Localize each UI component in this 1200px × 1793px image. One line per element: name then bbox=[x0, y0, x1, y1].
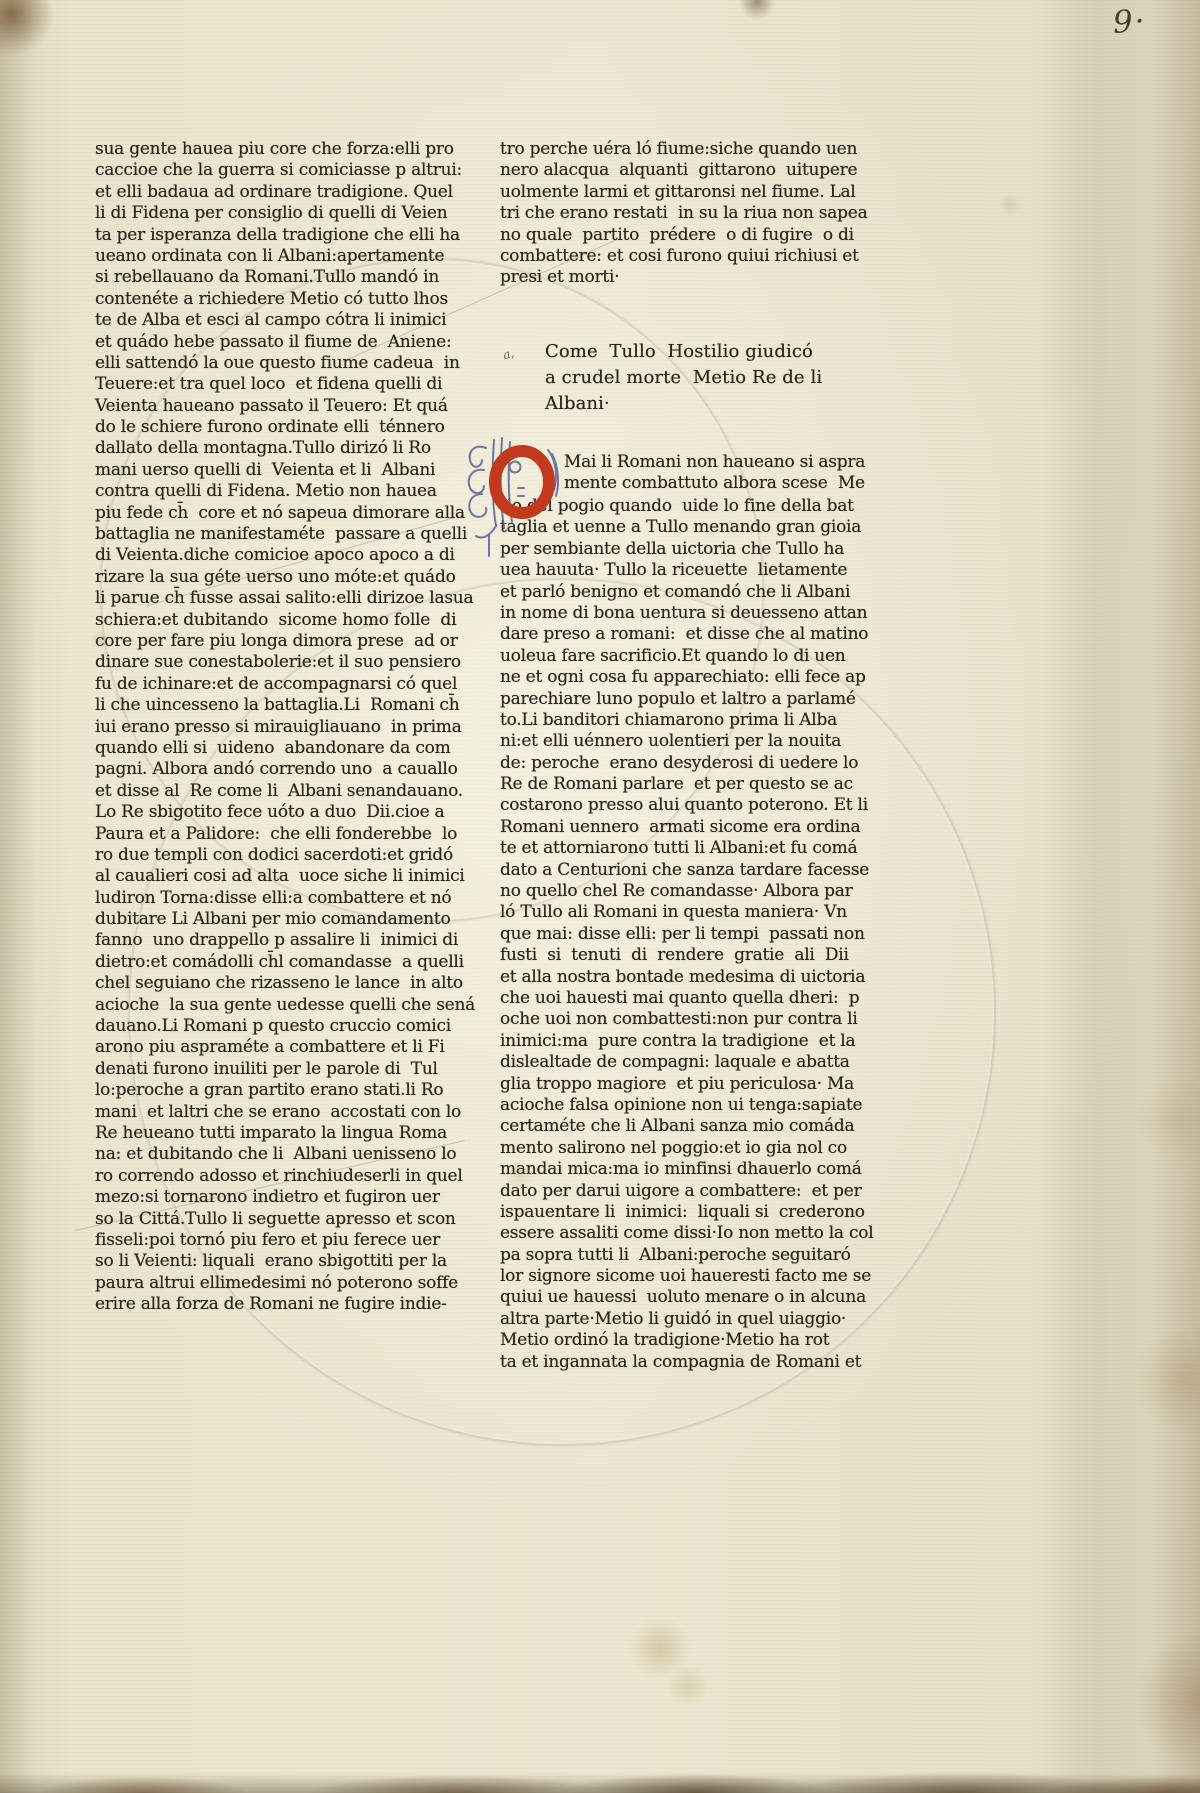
text-line: dato per darui uigore a combattere: et p… bbox=[500, 1181, 864, 1202]
text-line: Romani uennero armati sicome era ordina bbox=[500, 817, 864, 838]
text-line: que mai: disse elli: per li tempi passat… bbox=[500, 924, 864, 945]
text-line: iui erano presso si mirauigliauano in pr… bbox=[95, 717, 443, 738]
text-line: schiera:et dubitando sicome homo folle d… bbox=[95, 610, 443, 631]
text-line: contenéte a richiedere Metio có tutto lh… bbox=[95, 289, 443, 310]
text-line: combattere: et cosi furono quiui richius… bbox=[500, 246, 862, 267]
text-line: fusti si tenuti di rendere gratie ali Di… bbox=[500, 945, 864, 966]
text-line: uolmente larmi et gittaronsi nel fiume. … bbox=[500, 182, 862, 203]
text-line: de: peroche erano desyderosi di uedere l… bbox=[500, 753, 864, 774]
text-line: ta et ingannata la compagnia de Romani e… bbox=[500, 1352, 864, 1373]
text-line: fisseli:poi tornó piu fero et piu ferece… bbox=[95, 1230, 443, 1251]
rubricated-initial-O bbox=[500, 452, 564, 496]
text-line: mani et laltri che se erano accostati co… bbox=[95, 1102, 443, 1123]
text-line: acioche la sua gente uedesse quelli che … bbox=[95, 995, 443, 1016]
text-line: a crudel morte Metio Re de li bbox=[545, 365, 875, 391]
text-line: no quello chel Re comandasse· Albora par bbox=[500, 881, 864, 902]
text-line: core per fare piu longa dimora prese ad … bbox=[95, 631, 443, 652]
right-column-paragraph-2: Mai li Romani non haueano si aspramente … bbox=[500, 452, 864, 1373]
text-line: mandai mica:ma io minfinsi dhauerlo comá bbox=[500, 1159, 864, 1180]
text-line: na: et dubitando che li Albani uenisseno… bbox=[95, 1144, 443, 1165]
text-line: di Veienta.diche comicioe apoco apoco a … bbox=[95, 545, 443, 566]
text-line: quando elli si uideno abandonare da com bbox=[95, 738, 443, 759]
text-line: dinare sue conestabolerie:et il suo pens… bbox=[95, 652, 443, 673]
text-line: certaméte che li Albani sanza mio comáda bbox=[500, 1116, 864, 1137]
text-line: presi et morti· bbox=[500, 267, 862, 288]
text-line: Metio ordinó la tradigione·Metio ha rot bbox=[500, 1330, 864, 1351]
text-line: te de Alba et esci al campo cótra li ini… bbox=[95, 310, 443, 331]
text-line: Re de Romani parlare et per questo se ac bbox=[500, 774, 864, 795]
text-line: dallato della montagna.Tullo dirizó li R… bbox=[95, 438, 443, 459]
text-line: fanno uno drappello p assalire li inimic… bbox=[95, 930, 443, 951]
text-line: to.Li banditori chiamarono prima li Alba bbox=[500, 710, 864, 731]
text-line: ta per isperanza della tradigione che el… bbox=[95, 225, 443, 246]
folio-number: 9· bbox=[1112, 3, 1147, 41]
text-line: lo:peroche a gran partito erano stati.li… bbox=[95, 1080, 443, 1101]
text-line: et quádo hebe passato il fiume de Aniene… bbox=[95, 332, 443, 353]
text-line: paura altrui ellimedesimi nó poterono so… bbox=[95, 1273, 443, 1294]
text-line: in nome di bona uentura si deuesseno att… bbox=[500, 603, 864, 624]
scanned-book-page: { "page": { "folio_number": "9·", "ink_c… bbox=[0, 0, 1200, 1793]
text-line: et parló benigno et comandó che li Alban… bbox=[500, 582, 864, 603]
text-line: et elli badaua ad ordinare tradigione. Q… bbox=[95, 182, 443, 203]
text-line: arono piu aspraméte a combattere et li F… bbox=[95, 1037, 443, 1058]
text-line: oche uoi non combattesti:non pur contra … bbox=[500, 1009, 864, 1030]
text-line: elli sattendó la oue questo fiume cadeua… bbox=[95, 353, 443, 374]
text-line: uoleua fare sacrificio.Et quando lo di u… bbox=[500, 646, 864, 667]
text-line: costarono presso alui quanto poterono. E… bbox=[500, 795, 864, 816]
text-line: essere assaliti come dissi·Io non metto … bbox=[500, 1223, 864, 1244]
text-line: inimici:ma pure contra la tradigione et … bbox=[500, 1031, 864, 1052]
text-line: do le schiere furono ordinate elli ténne… bbox=[95, 417, 443, 438]
text-line: tri che erano restati in su la riua non … bbox=[500, 203, 862, 224]
text-line: li di Fidena per consiglio di quelli di … bbox=[95, 203, 443, 224]
text-line: no quale partito prédere o di fugire o d… bbox=[500, 225, 862, 246]
page-curvature-shadow bbox=[1040, 0, 1200, 1793]
text-line: mezo:si tornarono indietro et fugiron ue… bbox=[95, 1187, 443, 1208]
text-line: uea hauuta· Tullo la riceuette lietament… bbox=[500, 560, 864, 581]
text-line: et disse al Re come li Albani senandauan… bbox=[95, 781, 443, 802]
text-line: ispauentare li inimici: liquali si crede… bbox=[500, 1202, 864, 1223]
text-line: sua gente hauea piu core che forza:elli … bbox=[95, 139, 443, 160]
text-line: dislealtade de compagni: laquale e abatt… bbox=[500, 1052, 864, 1073]
text-line: li parue ch̄ fusse assai salito:elli dir… bbox=[95, 588, 443, 609]
heading-lines: Come Tullo Hostilio giudicóa crudel mort… bbox=[545, 339, 875, 417]
text-line: Albani· bbox=[545, 391, 875, 417]
text-line: ludiron Torna:disse elli:a combattere et… bbox=[95, 888, 443, 909]
text-line: caccioe che la guerra si comiciasse p al… bbox=[95, 160, 443, 181]
text-line: contra quelli di Fidena. Metio non hauea bbox=[95, 481, 443, 502]
text-line: pagni. Albora andó correndo uno a cauall… bbox=[95, 759, 443, 780]
text-line: pa sopra tutti li Albani:peroche seguita… bbox=[500, 1245, 864, 1266]
text-line: acioche falsa opinione non ui tenga:sapi… bbox=[500, 1095, 864, 1116]
text-line: mento salirono nel poggio:et io gia nol … bbox=[500, 1138, 864, 1159]
text-line: altra parte·Metio li guidó in quel uiagg… bbox=[500, 1309, 864, 1330]
text-line: Come Tullo Hostilio giudicó bbox=[545, 339, 875, 365]
text-line: piu fede ch̄ core et nó sapeua dimorare … bbox=[95, 503, 443, 524]
text-line: dubitare Li Albani per mio comandamento bbox=[95, 909, 443, 930]
chapter-heading: a, Come Tullo Hostilio giudicóa crudel m… bbox=[545, 339, 875, 417]
text-line: dauano.Li Romani p questo cruccio comici bbox=[95, 1016, 443, 1037]
text-line: rizare la sua géte uerso uno móte:et quá… bbox=[95, 567, 443, 588]
page-bottom-edge bbox=[0, 1759, 1200, 1793]
text-line: nero alacqua alquanti gittarono uitupere bbox=[500, 160, 862, 181]
parchment-page: 9· sua gente hauea piu core che forza:el… bbox=[0, 0, 1200, 1793]
text-line: denati furono inuiliti per le parole di … bbox=[95, 1059, 443, 1080]
text-line: ro correndo adosso et rinchiudeserli in … bbox=[95, 1166, 443, 1187]
text-line: lor signore sicome uoi haueresti facto m… bbox=[500, 1266, 864, 1287]
text-line: te et attorniarono tutti li Albani:et fu… bbox=[500, 838, 864, 859]
initial-O-artwork bbox=[456, 430, 574, 560]
text-line: Re heueano tutti imparato la lingua Roma bbox=[95, 1123, 443, 1144]
text-line: Teuere:et tra quel loco et fidena quelli… bbox=[95, 374, 443, 395]
text-line: si rebellauano da Romani.Tullo mandó in bbox=[95, 267, 443, 288]
text-line: Paura et a Palidore: che elli fonderebbe… bbox=[95, 824, 443, 845]
text-line: che uoi hauesti mai quanto quella dheri:… bbox=[500, 988, 864, 1009]
text-line: mani uerso quelli di Veienta et li Alban… bbox=[95, 460, 443, 481]
text-line: ló Tullo ali Romani in questa maniera· V… bbox=[500, 902, 864, 923]
right-column-paragraph-1: tro perche uéra ló fiume:siche quando ue… bbox=[500, 139, 862, 289]
text-line: dietro:et comádolli ch̄l comandasse a qu… bbox=[95, 952, 443, 973]
text-line: ro due templi con dodici sacerdoti:et gr… bbox=[95, 845, 443, 866]
text-line: parechiare luno populo et laltro a parla… bbox=[500, 689, 864, 710]
text-line: tro perche uéra ló fiume:siche quando ue… bbox=[500, 139, 862, 160]
rubricator-guide-mark: a, bbox=[501, 346, 515, 362]
text-line: li che uincesseno la battaglia.Li Romani… bbox=[95, 695, 443, 716]
text-line: ne et ogni cosa fu apparechiato: elli fe… bbox=[500, 667, 864, 688]
text-line: battaglia ne manifestaméte passare a que… bbox=[95, 524, 443, 545]
text-line: erire alla forza de Romani ne fugire ind… bbox=[95, 1294, 443, 1315]
left-text-column: sua gente hauea piu core che forza:elli … bbox=[95, 139, 443, 1315]
text-line: et alla nostra bontade medesima di uicto… bbox=[500, 967, 864, 988]
text-line: quiui ue hauessi uoluto menare o in alcu… bbox=[500, 1287, 864, 1308]
text-line: glia troppo magiore et piu periculosa· M… bbox=[500, 1074, 864, 1095]
paragraph-body-lines: tio del pogio quando uide lo fine della … bbox=[500, 496, 864, 1373]
text-line: ni:et elli uénnero uolentieri per la nou… bbox=[500, 731, 864, 752]
text-line: fu de ichinare:et de accompagnarsi có qu… bbox=[95, 674, 443, 695]
text-line: al caualieri cosi ad alta uoce siche li … bbox=[95, 866, 443, 887]
text-line: dare preso a romani: et disse che al mat… bbox=[500, 624, 864, 645]
text-line: dato a Centurioni che sanza tardare face… bbox=[500, 860, 864, 881]
text-line: chel seguiano che rizasseno le lance in … bbox=[95, 973, 443, 994]
text-line: so la Cittá.Tullo li seguette apresso et… bbox=[95, 1209, 443, 1230]
text-line: Veienta haueano passato il Teuero: Et qu… bbox=[95, 396, 443, 417]
text-line: ueano ordinata con li Albani:apertamente bbox=[95, 246, 443, 267]
text-line: Lo Re sbigotito fece uóto a duo Dii.cioe… bbox=[95, 802, 443, 823]
text-line: so li Veienti: liquali erano sbigottiti … bbox=[95, 1251, 443, 1272]
